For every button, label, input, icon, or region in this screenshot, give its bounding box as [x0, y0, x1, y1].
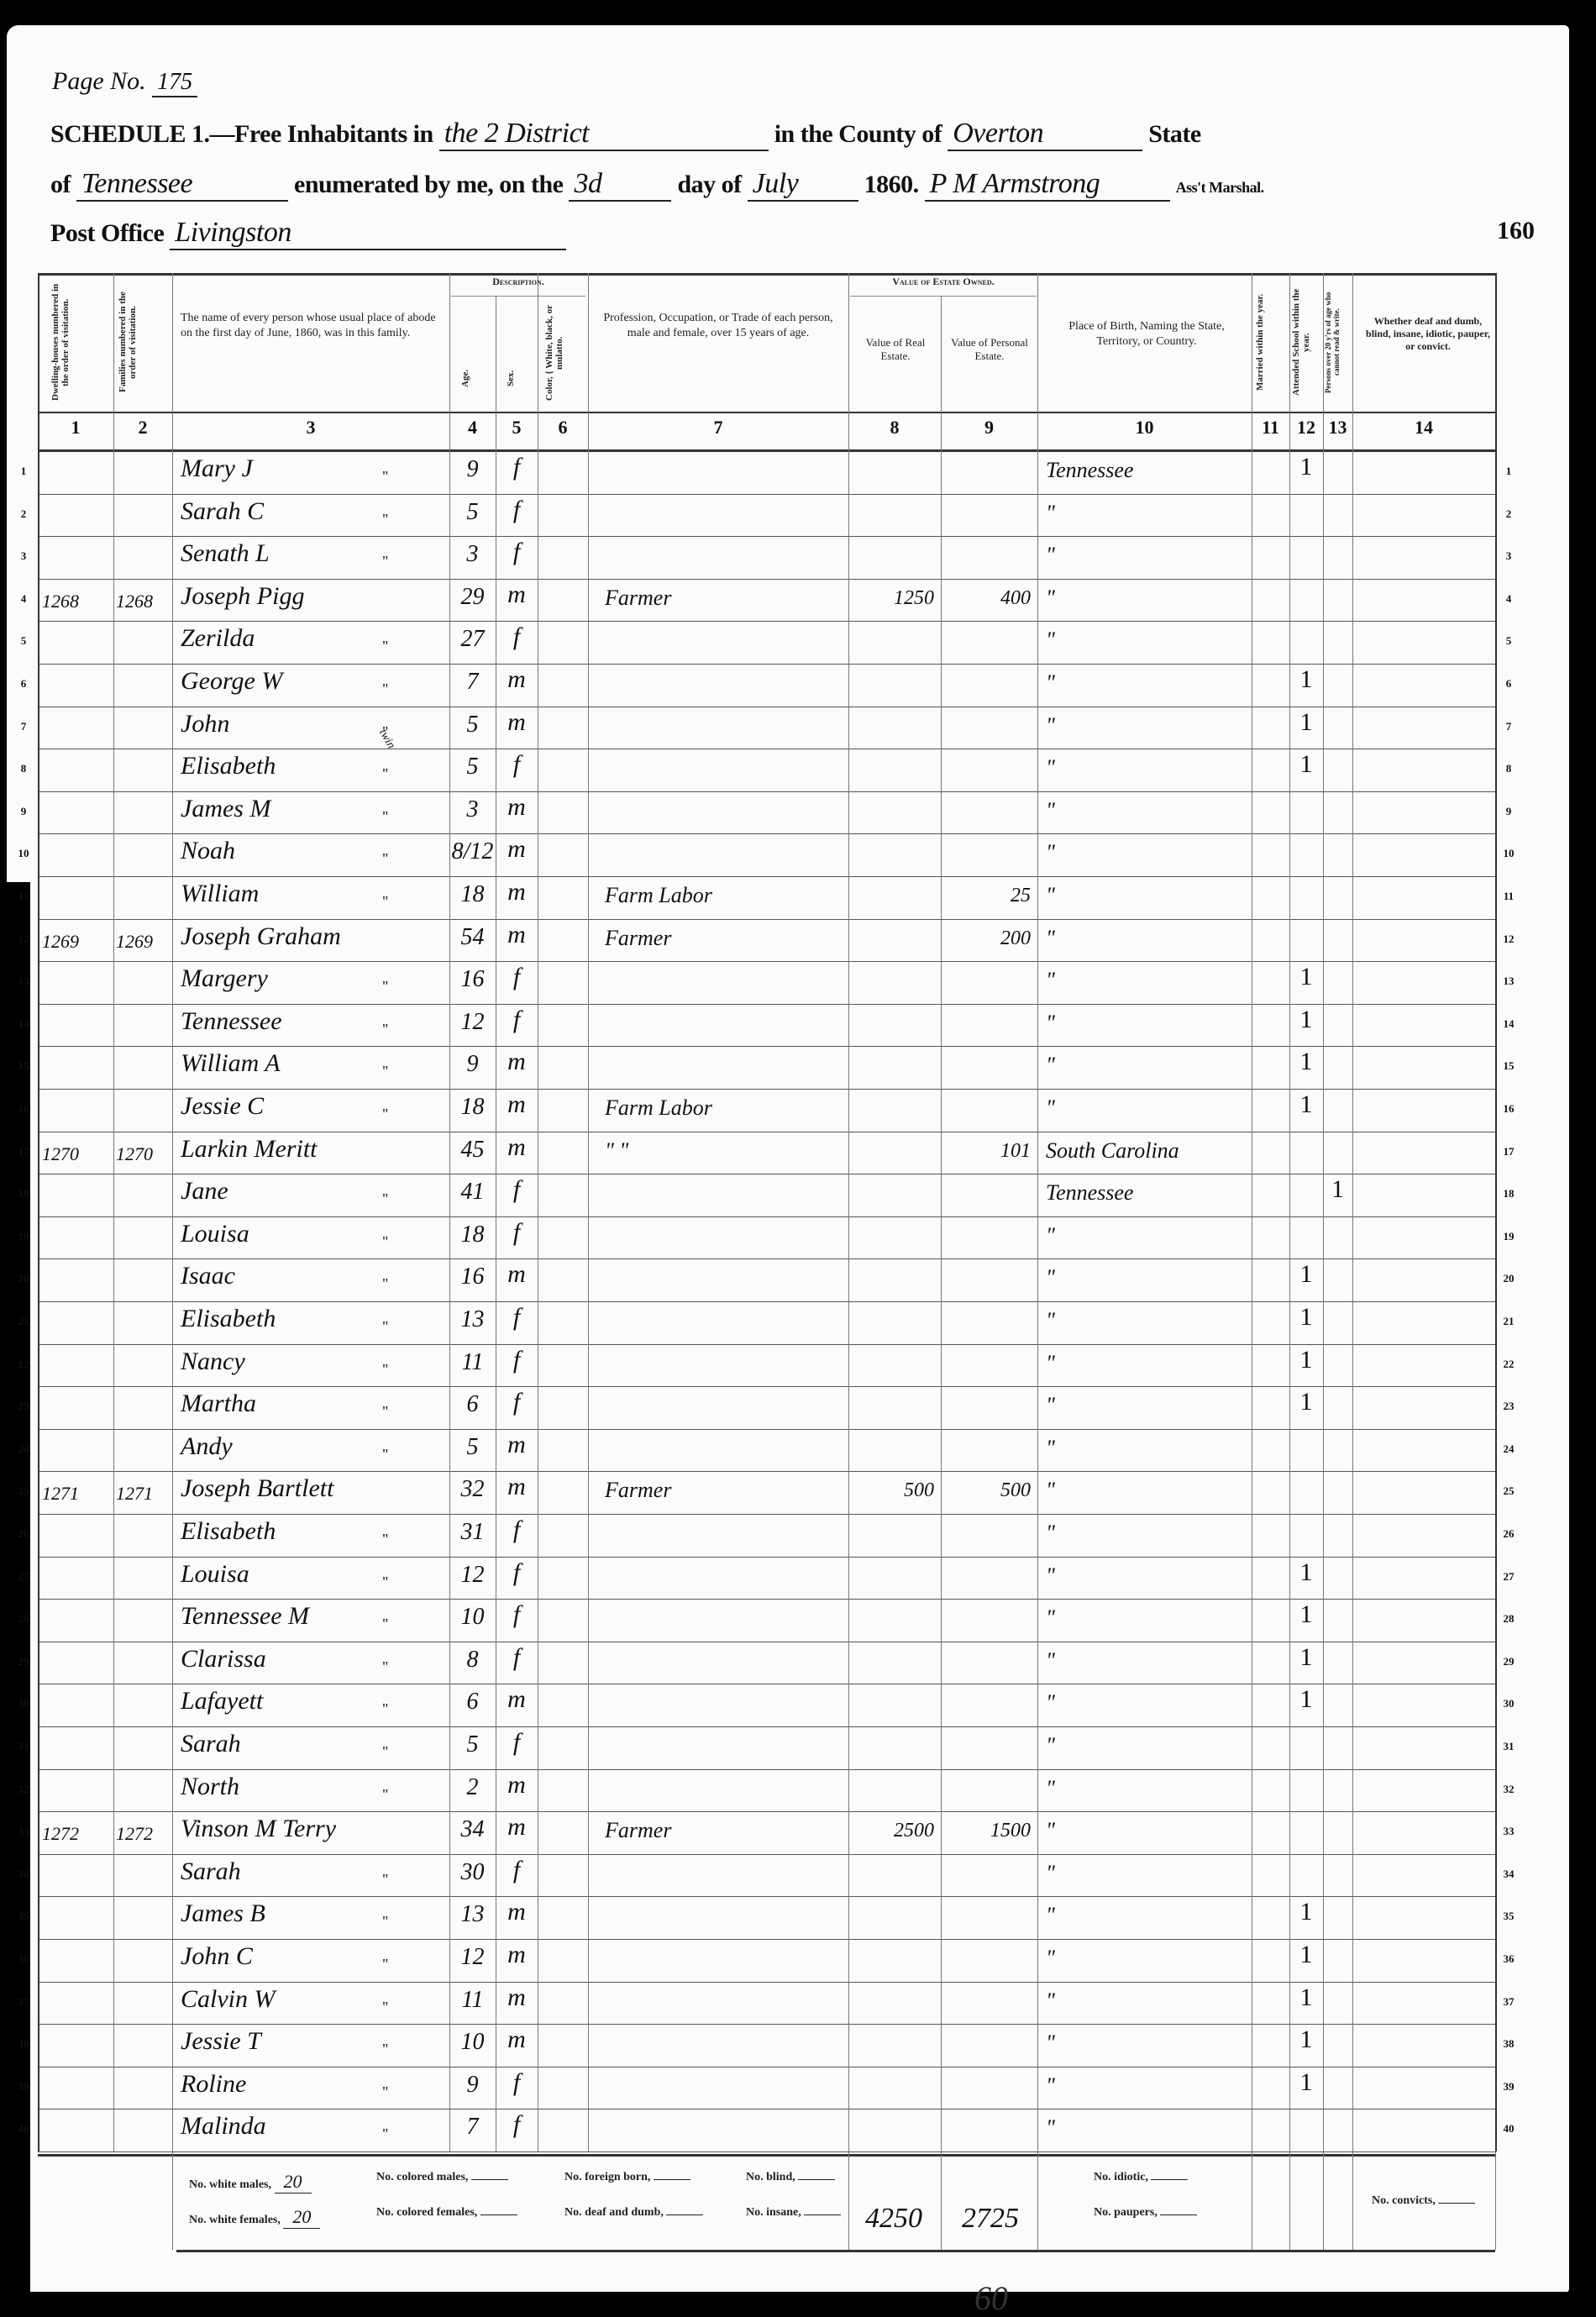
real-estate-value: 500 — [850, 1479, 934, 1502]
column-rule — [588, 273, 589, 2151]
age-value: 9 — [449, 2072, 496, 2099]
row-number-left: 17 — [15, 1145, 32, 1158]
birthplace-value: " — [1046, 1393, 1247, 1418]
person-name: Joseph Pigg — [181, 582, 433, 611]
row-rule — [38, 1939, 1495, 1940]
sex-value: f — [496, 1516, 538, 1544]
school-mark: 1 — [1289, 1941, 1323, 1969]
sex-value: m — [496, 1431, 538, 1459]
birthplace-value: " — [1046, 1265, 1247, 1290]
real-estate-value: 2500 — [850, 1820, 934, 1842]
row-number-right: 4 — [1500, 592, 1517, 606]
ditto-mark: " — [382, 1574, 399, 1591]
row-number-right: 25 — [1500, 1484, 1517, 1498]
row-number-left: 16 — [15, 1102, 32, 1116]
age-value: 7 — [449, 2114, 496, 2141]
row-number-right: 16 — [1500, 1102, 1517, 1116]
birthplace-value: " — [1046, 2031, 1247, 2056]
row-number-left: 33 — [15, 1825, 32, 1838]
col-header-school: Attended School within the year. — [1291, 281, 1321, 403]
row-number-left: 12 — [15, 933, 32, 946]
post-office-value: Livingston — [170, 217, 566, 250]
row-rule — [38, 2024, 1495, 2025]
age-value: 9 — [449, 1051, 496, 1078]
row-number-left: 11 — [15, 890, 32, 903]
birthplace-value: " — [1046, 1648, 1247, 1673]
age-value: 12 — [449, 1944, 496, 1971]
row-number-right: 31 — [1500, 1740, 1517, 1753]
sex-value: m — [496, 878, 538, 906]
ditto-mark: " — [382, 680, 399, 698]
row-rule — [38, 494, 1495, 495]
row-rule — [38, 1386, 1495, 1387]
month-value: July — [748, 168, 858, 202]
school-mark: 1 — [1289, 1643, 1323, 1672]
summary-label: No. insane, — [746, 2206, 801, 2219]
row-rule — [38, 1896, 1495, 1897]
summary-column-rule — [1495, 2151, 1496, 2250]
person-name: Joseph Graham — [181, 922, 433, 951]
schedule-line: SCHEDULE 1.—Free Inhabitants in the 2 Di… — [50, 118, 1201, 151]
row-number-left: 34 — [15, 1868, 32, 1881]
family-number: 1269 — [116, 931, 171, 953]
personal-estate-value: 400 — [942, 587, 1031, 610]
birthplace-value: " — [1046, 1521, 1247, 1546]
age-value: 32 — [449, 1476, 496, 1503]
school-mark: 1 — [1289, 665, 1323, 694]
summary-deaf-dumb: No. deaf and dumb, — [564, 2206, 703, 2220]
family-number: 1268 — [116, 591, 171, 612]
sex-value: f — [496, 2068, 538, 2097]
age-value: 3 — [449, 796, 496, 823]
row-number-left: 25 — [15, 1484, 32, 1498]
row-number-left: 7 — [15, 720, 32, 733]
sex-value: m — [496, 1771, 538, 1799]
sex-value: f — [496, 1346, 538, 1374]
col-header-family: Families numbered in the order of visita… — [118, 281, 164, 403]
school-mark: 1 — [1289, 1685, 1323, 1714]
row-rule — [38, 1854, 1495, 1855]
birthplace-value: " — [1046, 1946, 1247, 1971]
row-number-right: 34 — [1500, 1868, 1517, 1881]
row-number-left: 37 — [15, 1995, 32, 2009]
row-rule — [38, 1811, 1495, 1812]
column-rule — [1037, 273, 1038, 2151]
row-number-right: 22 — [1500, 1358, 1517, 1371]
family-number: 1271 — [116, 1483, 171, 1505]
row-number-right: 5 — [1500, 634, 1517, 648]
summary-column-rule — [941, 2151, 942, 2250]
row-number-left: 39 — [15, 2080, 32, 2094]
birthplace-value: Tennessee — [1046, 1180, 1247, 1206]
birthplace-value: " — [1046, 840, 1247, 865]
ditto-mark: " — [382, 1403, 399, 1421]
age-value: 10 — [449, 2029, 496, 2056]
col-header-birthplace: Place of Birth, Naming the State, Territ… — [1058, 319, 1235, 349]
sex-value: f — [496, 1175, 538, 1204]
school-mark: 1 — [1289, 1898, 1323, 1926]
school-mark: 1 — [1289, 708, 1323, 737]
sex-value: f — [496, 623, 538, 651]
row-number-right: 18 — [1500, 1187, 1517, 1201]
school-mark: 1 — [1289, 750, 1323, 779]
ditto-mark: " — [382, 1106, 399, 1123]
ditto-mark: " — [382, 511, 399, 528]
birthplace-value: " — [1046, 501, 1247, 526]
ditto-mark: " — [382, 1233, 399, 1251]
column-rule — [1289, 273, 1290, 2151]
ditto-mark: " — [382, 2083, 399, 2101]
row-number-left: 3 — [15, 549, 32, 563]
sex-value: f — [496, 1856, 538, 1884]
county-value: Overton — [948, 118, 1142, 151]
col-group-estate: Value of Estate Owned. — [850, 276, 1037, 288]
school-mark: 1 — [1289, 1048, 1323, 1076]
col-header-illiterate: Persons over 20 y'rs of age who cannot r… — [1325, 281, 1352, 403]
summary-blind: No. blind, — [746, 2171, 835, 2184]
summary-colored-males: No. colored males, — [376, 2171, 508, 2184]
ditto-mark: " — [382, 850, 399, 868]
age-value: 7 — [449, 669, 496, 696]
ditto-mark: " — [382, 808, 399, 826]
page-number-value: 175 — [152, 69, 197, 97]
sex-value: m — [496, 1473, 538, 1501]
sex-value: m — [496, 708, 538, 737]
person-name: Larkin Meritt — [181, 1135, 433, 1164]
row-number-left: 19 — [15, 1230, 32, 1243]
age-value: 5 — [449, 499, 496, 526]
summary-column-rule — [1323, 2151, 1324, 2250]
school-mark: 1 — [1289, 1983, 1323, 2012]
summary-label: No. white females, — [189, 2214, 281, 2226]
summary-column-rule — [1289, 2151, 1290, 2250]
family-number: 1272 — [116, 1823, 171, 1845]
row-number-left: 38 — [15, 2037, 32, 2051]
row-rule — [38, 707, 1495, 707]
page-number-line: Page No. 175 — [52, 67, 197, 97]
ditto-mark: " — [382, 1743, 399, 1761]
birthplace-value: " — [1046, 1308, 1247, 1333]
age-value: 18 — [449, 1222, 496, 1248]
family-number: 1270 — [116, 1143, 171, 1165]
age-value: 16 — [449, 966, 496, 993]
birthplace-value: " — [1046, 1095, 1247, 1121]
birthplace-value: " — [1046, 883, 1247, 908]
row-rule — [38, 1599, 1495, 1600]
row-number-left: 15 — [15, 1059, 32, 1073]
column-number: 11 — [1252, 417, 1289, 439]
sex-value: m — [496, 1685, 538, 1714]
ditto-mark: " — [382, 1700, 399, 1718]
col-header-personal-estate: Value of Personal Estate. — [944, 336, 1035, 364]
ditto-mark: " — [382, 1658, 399, 1676]
birthplace-value: South Carolina — [1046, 1138, 1247, 1164]
sheet-number: 160 — [1497, 217, 1535, 245]
row-number-left: 4 — [15, 592, 32, 606]
ditto-mark: " — [382, 978, 399, 996]
column-number: 1 — [38, 417, 113, 439]
row-number-right: 40 — [1500, 2122, 1517, 2136]
birthplace-value: " — [1046, 2073, 1247, 2099]
row-number-right: 21 — [1500, 1315, 1517, 1328]
summary-label: No. blind, — [746, 2171, 795, 2183]
age-value: 34 — [449, 1816, 496, 1843]
row-number-right: 39 — [1500, 2080, 1517, 2094]
column-number: 6 — [538, 417, 588, 439]
summary-column-rule — [848, 2151, 849, 2250]
sex-value: m — [496, 1898, 538, 1926]
day-of-label: day of — [677, 171, 741, 198]
birthplace-value: " — [1046, 713, 1247, 738]
col-header-married: Married within the year. — [1255, 281, 1287, 403]
col-header-name: The name of every person whose usual pla… — [181, 311, 441, 340]
sex-value: m — [496, 1813, 538, 1842]
column-number: 10 — [1037, 417, 1252, 439]
summary-label: No. foreign born, — [564, 2171, 650, 2183]
birthplace-value: " — [1046, 1223, 1247, 1248]
sex-value: f — [496, 1303, 538, 1332]
col-header-real-estate: Value of Real Estate. — [852, 336, 939, 364]
summary-column-rule — [172, 2151, 173, 2250]
summary-value — [1438, 2203, 1475, 2204]
row-number-right: 13 — [1500, 975, 1517, 988]
row-rule — [38, 1769, 1495, 1770]
age-value: 13 — [449, 1901, 496, 1928]
row-rule — [38, 1216, 1495, 1217]
sex-value: f — [496, 1006, 538, 1034]
age-value: 11 — [449, 1349, 496, 1376]
row-rule — [38, 1004, 1495, 1005]
occupation-value: Farmer — [605, 1478, 840, 1503]
scan-border-left — [0, 882, 30, 2317]
age-value: 6 — [449, 1689, 496, 1715]
column-number: 3 — [172, 417, 449, 439]
age-value: 12 — [449, 1009, 496, 1036]
age-value: 29 — [449, 584, 496, 611]
ditto-mark: " — [382, 1275, 399, 1293]
row-number-left: 24 — [15, 1442, 32, 1456]
row-rule — [38, 1301, 1495, 1302]
sex-value: f — [496, 1558, 538, 1587]
age-value: 8/12 — [449, 838, 496, 865]
row-number-left: 13 — [15, 975, 32, 988]
column-number: 2 — [113, 417, 172, 439]
col-header-sex: Sex. — [506, 353, 529, 403]
row-rule — [38, 664, 1495, 665]
dwelling-number: 1271 — [42, 1483, 109, 1505]
real-estate-value: 1250 — [850, 587, 934, 610]
row-rule — [38, 1514, 1495, 1515]
page-number-label: Page No. — [52, 67, 146, 95]
sex-value: m — [496, 1133, 538, 1162]
row-number-right: 11 — [1500, 890, 1517, 903]
birthplace-value: " — [1046, 1733, 1247, 1758]
column-rule — [848, 273, 849, 2151]
row-rule — [38, 2151, 1495, 2152]
occupation-value: Farm Labor — [605, 1095, 840, 1121]
age-value: 3 — [449, 541, 496, 568]
sex-value: m — [496, 665, 538, 694]
row-number-right: 19 — [1500, 1230, 1517, 1243]
summary-white-females: No. white females, 20 — [189, 2206, 320, 2229]
age-value: 9 — [449, 456, 496, 483]
summary-value — [804, 2215, 841, 2215]
summary-label: No. colored females, — [376, 2206, 477, 2219]
row-rule — [38, 1344, 1495, 1345]
scan-border-right — [1578, 0, 1596, 2317]
row-rule — [38, 2109, 1495, 2109]
ditto-mark: " — [382, 1446, 399, 1463]
ditto-mark: " — [382, 1999, 399, 2016]
age-value: 45 — [449, 1137, 496, 1164]
ditto-mark: " — [382, 638, 399, 655]
birthplace-value: " — [1046, 755, 1247, 780]
ditto-mark: " — [382, 1190, 399, 1208]
row-number-left: 20 — [15, 1272, 32, 1285]
column-rule — [1495, 273, 1497, 2151]
rows-bottom-rule — [38, 2154, 1495, 2157]
estate-group-rule — [850, 296, 1037, 297]
column-rule — [1323, 273, 1324, 2151]
summary-bottom-rule — [176, 2250, 1495, 2252]
col-group-description: Description. — [451, 276, 585, 288]
birthplace-value: " — [1046, 628, 1247, 653]
row-number-left: 9 — [15, 805, 32, 818]
dwelling-number: 1272 — [42, 1823, 109, 1845]
summary-value — [471, 2179, 508, 2180]
summary-value — [480, 2215, 517, 2215]
ditto-mark: " — [382, 2125, 399, 2143]
total-real-estate: 4250 — [865, 2203, 922, 2235]
summary-value — [1151, 2179, 1188, 2180]
ditto-mark: " — [382, 1318, 399, 1336]
summary-idiotic: No. idiotic, — [1094, 2171, 1188, 2184]
row-number-right: 37 — [1500, 1995, 1517, 2009]
school-mark: 1 — [1289, 1090, 1323, 1119]
summary-label: No. paupers, — [1094, 2206, 1158, 2219]
sex-value: m — [496, 1983, 538, 2012]
column-number: 13 — [1323, 417, 1352, 439]
marshal-label: Ass't Marshal. — [1176, 179, 1264, 196]
age-value: 5 — [449, 754, 496, 780]
birthplace-value: " — [1046, 926, 1247, 951]
column-rule — [1252, 273, 1252, 2151]
personal-estate-value: 500 — [942, 1479, 1031, 1502]
birthplace-value: " — [1046, 1478, 1247, 1503]
sex-value: m — [496, 1048, 538, 1076]
summary-value — [1160, 2215, 1197, 2215]
row-rule — [38, 1429, 1495, 1430]
age-value: 54 — [449, 924, 496, 951]
age-value: 13 — [449, 1306, 496, 1333]
row-rule — [38, 1642, 1495, 1642]
person-name: Vinson M Terry — [181, 1815, 433, 1843]
sex-value: f — [496, 963, 538, 991]
row-number-right: 32 — [1500, 1783, 1517, 1796]
county-label: in the County of — [774, 120, 942, 148]
sex-value: f — [496, 453, 538, 481]
row-rule — [38, 579, 1495, 580]
age-value: 6 — [449, 1391, 496, 1418]
school-mark: 1 — [1289, 2068, 1323, 2097]
row-rule — [38, 1557, 1495, 1558]
row-rule — [38, 1174, 1495, 1174]
birthplace-value: " — [1046, 1436, 1247, 1461]
state-of-label: of — [50, 171, 71, 198]
row-number-right: 35 — [1500, 1910, 1517, 1923]
sex-value: f — [496, 2110, 538, 2139]
age-value: 27 — [449, 626, 496, 653]
column-rule — [172, 273, 173, 2151]
birthplace-value: " — [1046, 2115, 1247, 2141]
row-number-right: 12 — [1500, 933, 1517, 946]
school-mark: 1 — [1289, 1303, 1323, 1332]
row-rule — [38, 1046, 1495, 1047]
row-number-left: 23 — [15, 1400, 32, 1413]
row-number-left: 29 — [15, 1655, 32, 1668]
row-number-right: 9 — [1500, 805, 1517, 818]
row-number-right: 30 — [1500, 1697, 1517, 1710]
birthplace-value: " — [1046, 586, 1247, 611]
ditto-mark: " — [382, 893, 399, 911]
row-rule — [38, 833, 1495, 834]
col-header-condition: Whether deaf and dumb, blind, insane, id… — [1365, 315, 1491, 353]
row-number-right: 6 — [1500, 677, 1517, 691]
row-rule — [38, 961, 1495, 962]
age-value: 41 — [449, 1179, 496, 1206]
school-mark: 1 — [1289, 2025, 1323, 2054]
dwelling-number: 1269 — [42, 931, 109, 953]
age-value: 5 — [449, 1731, 496, 1758]
row-number-left: 5 — [15, 634, 32, 648]
row-number-left: 10 — [15, 847, 32, 860]
row-number-left: 40 — [15, 2122, 32, 2136]
occupation-value: Farm Labor — [605, 883, 840, 908]
sex-value: f — [496, 1728, 538, 1757]
colnum-bottom-rule — [38, 449, 1495, 452]
birthplace-value: " — [1046, 1776, 1247, 1801]
summary-label: No. idiotic, — [1094, 2171, 1148, 2183]
age-value: 11 — [449, 1987, 496, 2014]
schedule-label: SCHEDULE 1.—Free Inhabitants in — [50, 120, 433, 148]
row-number-right: 28 — [1500, 1612, 1517, 1626]
row-number-right: 36 — [1500, 1952, 1517, 1966]
age-value: 16 — [449, 1264, 496, 1290]
birthplace-value: " — [1046, 1861, 1247, 1886]
ditto-mark: " — [382, 1531, 399, 1548]
post-office-label: Post Office — [50, 219, 164, 247]
illiterate-mark: 1 — [1323, 1175, 1352, 1204]
column-rule — [538, 273, 538, 2151]
row-number-left: 32 — [15, 1783, 32, 1796]
row-number-right: 7 — [1500, 720, 1517, 733]
column-number: 9 — [941, 417, 1037, 439]
school-mark: 1 — [1289, 1600, 1323, 1629]
sex-value: m — [496, 2025, 538, 2054]
summary-label: No. deaf and dumb, — [564, 2206, 664, 2219]
birthplace-value: " — [1046, 1690, 1247, 1715]
age-value: 5 — [449, 712, 496, 738]
birthplace-value: " — [1046, 1903, 1247, 1928]
state-value: Tennessee — [76, 168, 288, 202]
school-mark: 1 — [1289, 1388, 1323, 1416]
row-rule — [38, 919, 1495, 920]
description-group-rule — [451, 296, 585, 297]
personal-estate-value: 25 — [942, 885, 1031, 907]
row-number-left: 28 — [15, 1612, 32, 1626]
ditto-mark: " — [382, 1871, 399, 1889]
sex-value: m — [496, 581, 538, 609]
